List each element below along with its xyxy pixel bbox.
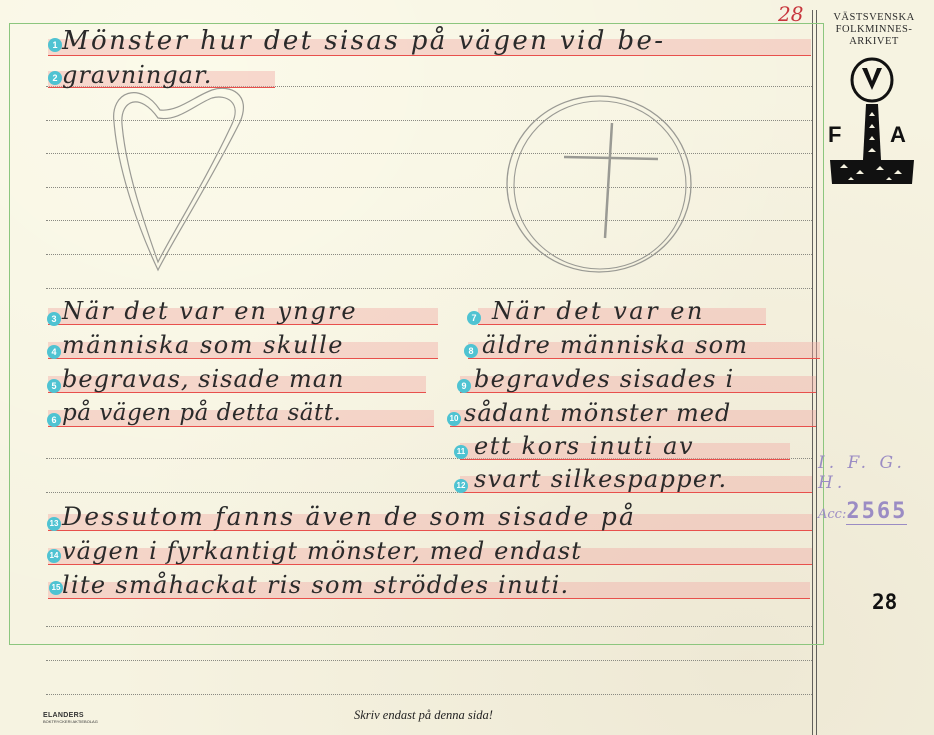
line-badge: 7: [467, 311, 481, 325]
line-badge: 1: [48, 38, 62, 52]
line-badge: 10: [447, 412, 461, 426]
line-13: Dessutom fanns även de som sisade på: [62, 502, 636, 532]
handwritten-page-number: 28: [778, 2, 803, 26]
line-badge: 9: [457, 379, 471, 393]
line-2: gravningar.: [62, 60, 212, 90]
accession-stamp: I. F. G. H. Acc:2565: [818, 453, 934, 524]
line-badge: 5: [47, 379, 61, 393]
line-4: människa som skulle: [62, 330, 344, 360]
line-8: äldre människa som: [482, 330, 748, 360]
circle-cross-drawing: [502, 93, 702, 283]
line-3: När det var en yngre: [62, 296, 358, 326]
line-1: Mönster hur det sisas på vägen vid be-: [62, 26, 666, 56]
line-badge: 8: [464, 344, 478, 358]
line-12: svart silkespapper.: [474, 464, 727, 494]
line-6: på vägen på detta sätt.: [62, 398, 341, 428]
line-badge: 13: [47, 517, 61, 531]
line-11: ett kors inuti av: [474, 431, 694, 461]
line-badge: 4: [47, 345, 61, 359]
svg-text:A: A: [890, 122, 906, 147]
stamped-page-number: 28: [872, 590, 897, 614]
line-badge: 2: [48, 71, 62, 85]
line-15: lite småhackat ris som ströddes inuti.: [62, 570, 570, 600]
heart-drawing: [100, 82, 260, 282]
line-10: sådant mönster med: [464, 398, 731, 428]
line-7: När det var en: [492, 296, 705, 326]
line-14: vägen i fyrkantigt mönster, med endast: [62, 536, 582, 566]
line-5: begravas, sisade man: [62, 364, 345, 394]
line-9: begravdes sisades i: [474, 364, 734, 394]
printer-mark: ELANDERS BOKTRYCKERI AKTIEBOLAG: [43, 712, 98, 724]
accession-number: 2565: [846, 499, 907, 525]
line-badge: 15: [49, 581, 63, 595]
footer-instruction: Skriv endast på denna sida!: [354, 708, 493, 723]
line-badge: 6: [47, 413, 61, 427]
svg-text:F: F: [828, 122, 841, 147]
line-badge: 11: [454, 445, 468, 459]
line-badge: 3: [47, 312, 61, 326]
archive-header: VÄSTSVENSKA FOLKMINNES- ARKIVET: [821, 12, 927, 48]
line-badge: 12: [454, 479, 468, 493]
archive-logo-icon: F A: [826, 56, 916, 190]
line-badge: 14: [47, 549, 61, 563]
